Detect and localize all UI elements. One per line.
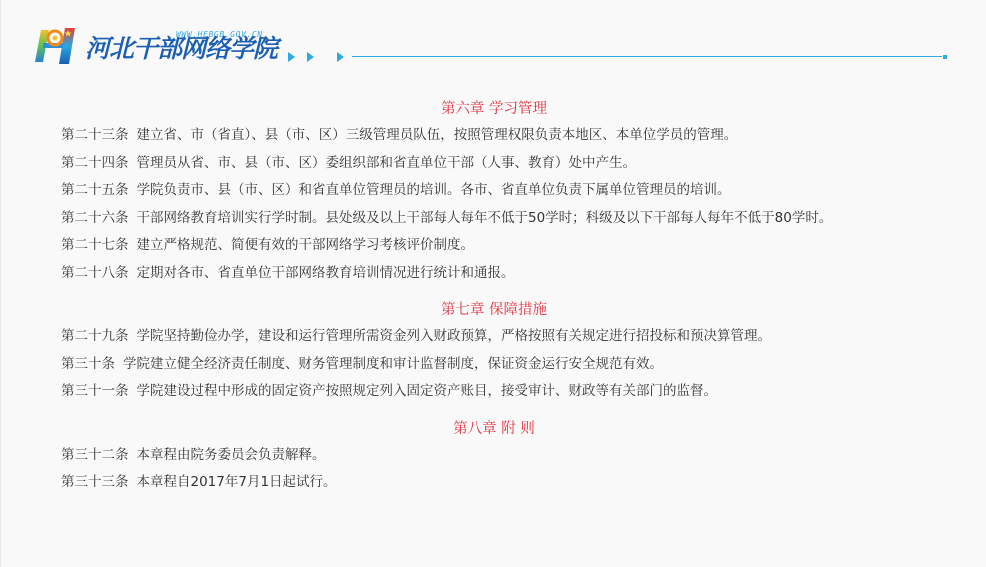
chapter-7: 第七章 保障措施 第二十九条学院坚持勤俭办学，建设和运行管理所需资金列入财政预算…	[61, 297, 941, 406]
chapter-6: 第六章 学习管理 第二十三条建立省、市（省直）、县（市、区）三级管理员队伍，按照…	[61, 96, 941, 287]
arrow-right-icon	[288, 52, 295, 62]
article-row: 第二十八条定期对各市、省直单位干部网络教育培训情况进行统计和通报。	[61, 260, 941, 288]
article-number: 第二十六条	[61, 210, 129, 226]
article-row: 第二十四条管理员从省、市、县（市、区）委组织部和省直单位干部（人事、教育）处中产…	[61, 150, 941, 178]
chapter-title: 第六章 学习管理	[1, 96, 986, 122]
article-row: 第三十二条本章程由院务委员会负责解释。	[61, 442, 941, 470]
header-divider	[352, 56, 942, 57]
article-text: 干部网络教育培训实行学时制。县处级及以上干部每人每年不低于50学时；科级及以下干…	[137, 210, 833, 226]
divider-end-dot	[943, 55, 947, 59]
article-row: 第三十三条本章程自2017年7月1日起试行。	[61, 469, 941, 497]
article-number: 第三十一条	[61, 383, 129, 399]
article-number: 第三十三条	[61, 474, 129, 490]
site-header: WWW.HEBGB.GOV.CN 河北干部网络学院	[1, 0, 986, 90]
charter-content: 第六章 学习管理 第二十三条建立省、市（省直）、县（市、区）三级管理员队伍，按照…	[61, 96, 941, 497]
chapter-8: 第八章 附 则 第三十二条本章程由院务委员会负责解释。 第三十三条本章程自201…	[61, 416, 941, 497]
article-text: 建立省、市（省直）、县（市、区）三级管理员队伍，按照管理权限负责本地区、本单位学…	[137, 127, 738, 143]
article-number: 第二十七条	[61, 237, 129, 253]
chapter-title: 第七章 保障措施	[1, 297, 986, 323]
article-text: 建立严格规范、简便有效的干部网络学习考核评价制度。	[137, 237, 475, 253]
article-text: 学院负责市、县（市、区）和省直单位管理员的培训。各市、省直单位负责下属单位管理员…	[137, 182, 731, 198]
arrow-right-icon	[307, 52, 314, 62]
logo-icon[interactable]	[35, 26, 77, 66]
spacer	[61, 287, 941, 297]
article-row: 第二十六条干部网络教育培训实行学时制。县处级及以上干部每人每年不低于50学时；科…	[61, 205, 941, 233]
article-text: 学院建立健全经济责任制度、财务管理制度和审计监督制度，保证资金运行安全规范有效。	[123, 356, 663, 372]
article-text: 学院建设过程中形成的固定资产按照规定列入固定资产账目，接受审计、财政等有关部门的…	[137, 383, 718, 399]
article-row: 第二十三条建立省、市（省直）、县（市、区）三级管理员队伍，按照管理权限负责本地区…	[61, 122, 941, 150]
article-text: 管理员从省、市、县（市、区）委组织部和省直单位干部（人事、教育）处中产生。	[137, 155, 637, 171]
article-text: 定期对各市、省直单位干部网络教育培训情况进行统计和通报。	[137, 265, 515, 281]
article-row: 第二十九条学院坚持勤俭办学，建设和运行管理所需资金列入财政预算，严格按照有关规定…	[61, 323, 941, 351]
article-row: 第三十一条学院建设过程中形成的固定资产按照规定列入固定资产账目，接受审计、财政等…	[61, 378, 941, 406]
article-row: 第二十五条学院负责市、县（市、区）和省直单位管理员的培训。各市、省直单位负责下属…	[61, 177, 941, 205]
arrow-right-icon	[337, 52, 344, 62]
article-number: 第三十二条	[61, 447, 129, 463]
article-text: 学院坚持勤俭办学，建设和运行管理所需资金列入财政预算，严格按照有关规定进行招投标…	[137, 328, 772, 344]
chapter-title: 第八章 附 则	[1, 416, 986, 442]
article-number: 第二十三条	[61, 127, 129, 143]
site-title[interactable]: 河北干部网络学院	[85, 34, 277, 64]
article-number: 第二十八条	[61, 265, 129, 281]
article-number: 第二十九条	[61, 328, 129, 344]
article-text: 本章程自2017年7月1日起试行。	[137, 474, 337, 490]
article-number: 第二十四条	[61, 155, 129, 171]
article-row: 第三十条学院建立健全经济责任制度、财务管理制度和审计监督制度，保证资金运行安全规…	[61, 351, 941, 379]
article-text: 本章程由院务委员会负责解释。	[137, 447, 326, 463]
article-number: 第二十五条	[61, 182, 129, 198]
article-number: 第三十条	[61, 356, 115, 372]
spacer	[61, 406, 941, 416]
article-row: 第二十七条建立严格规范、简便有效的干部网络学习考核评价制度。	[61, 232, 941, 260]
